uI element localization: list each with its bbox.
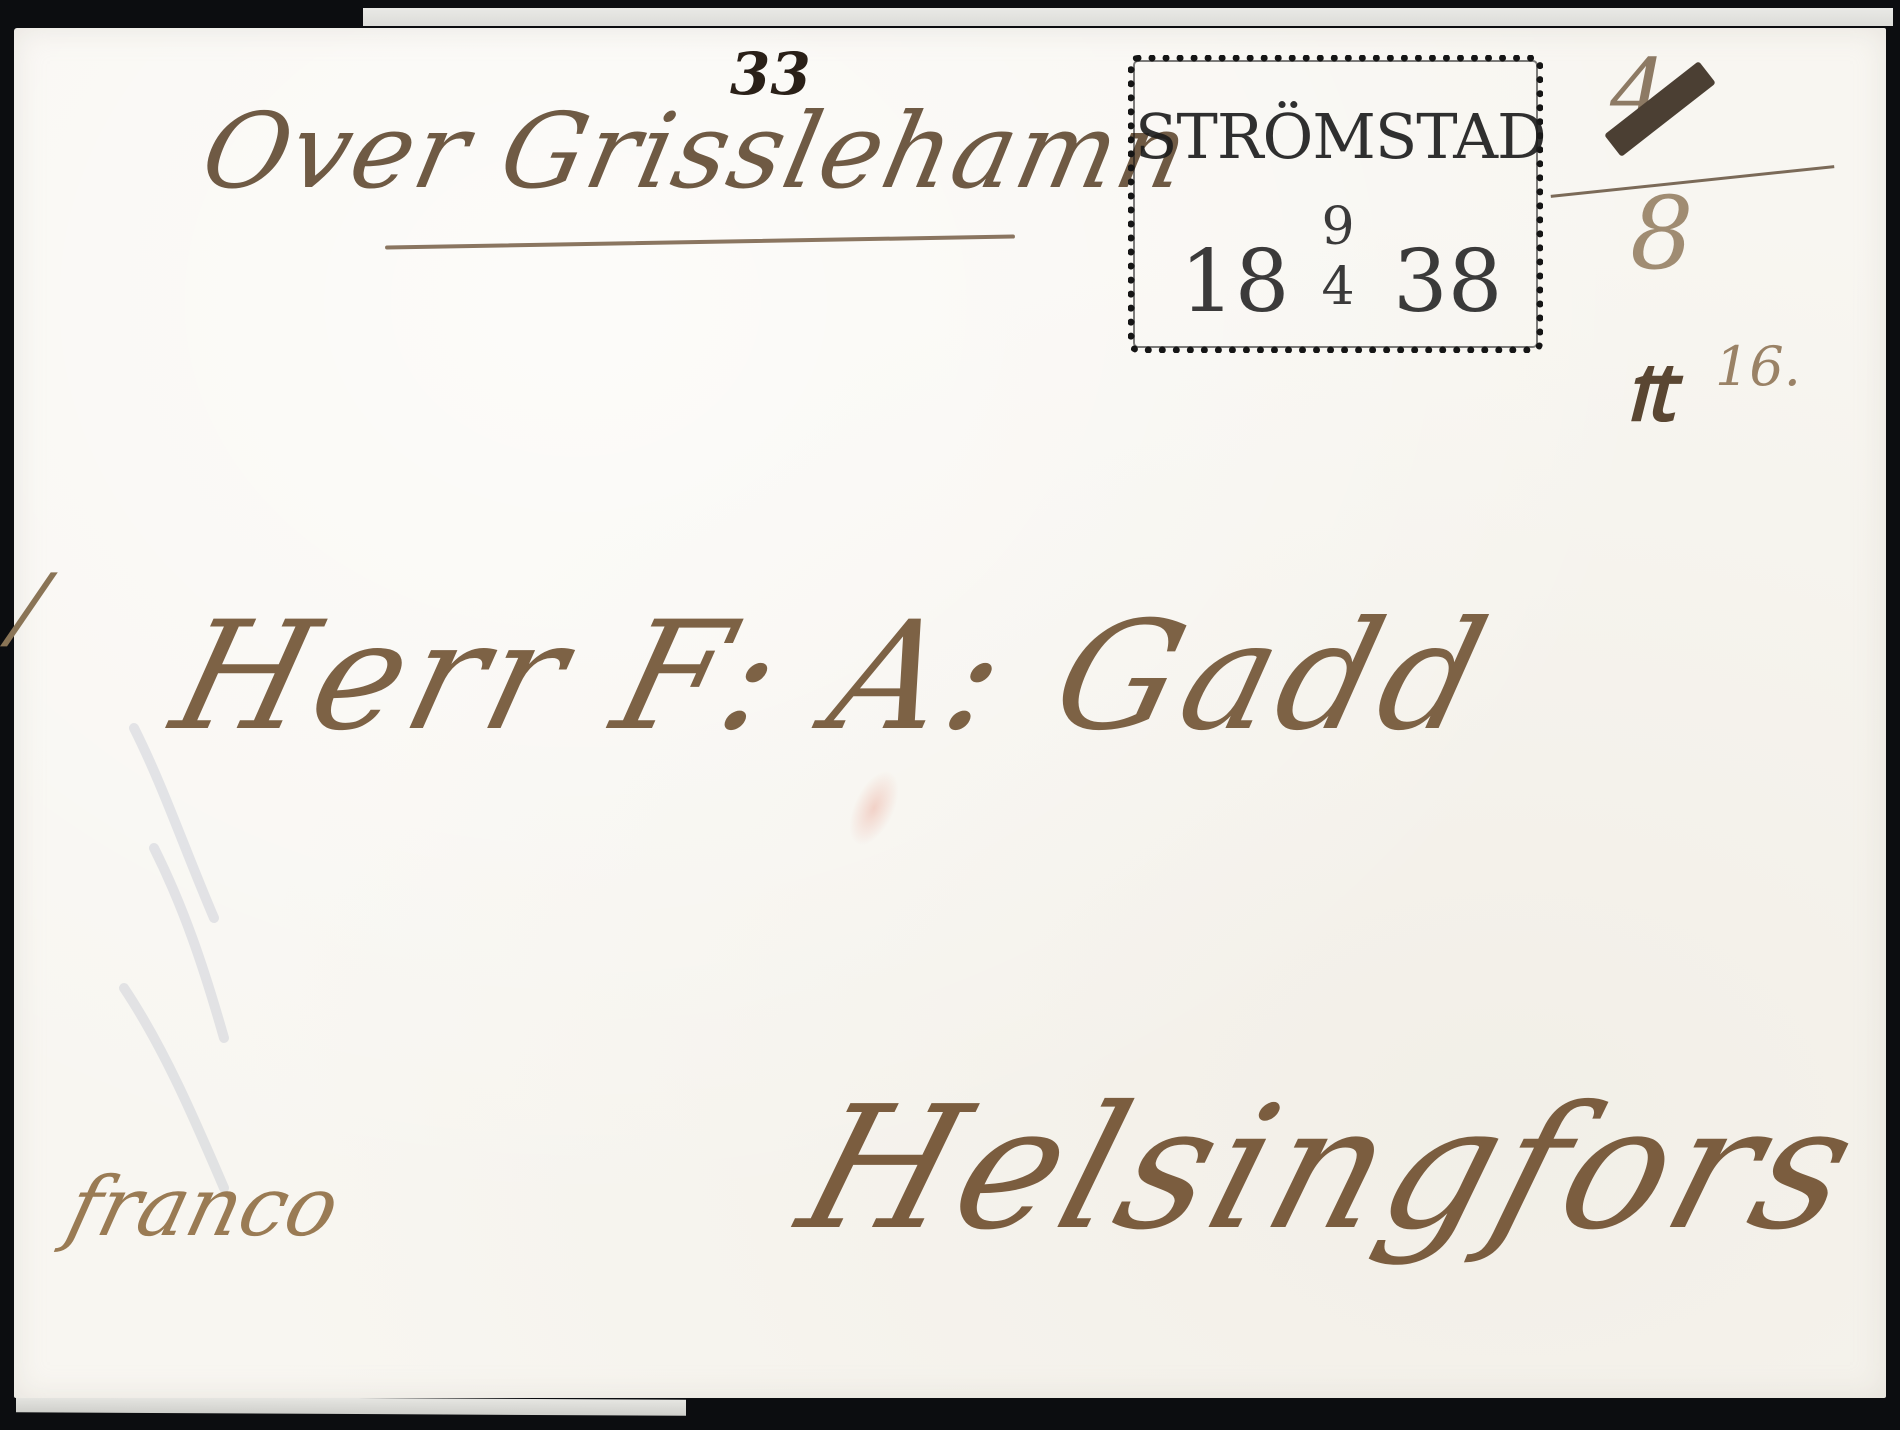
backing-sheet-top-edge	[363, 8, 1893, 26]
postmark-town: STRÖMSTAD	[1135, 100, 1536, 173]
postmark-month-bottom: 4	[1321, 257, 1354, 317]
addressee-name: Herr F: A: Gadd	[158, 590, 1507, 764]
rate-currency-symbol: ₶	[1625, 335, 1675, 444]
photo-stage: 33 Over Grisslehamn STRÖMSTAD 18 9 4 38 …	[0, 0, 1900, 1430]
rate-marking-middle: 8	[1630, 175, 1694, 292]
destination-city: Helsingfors	[782, 1070, 1880, 1268]
postmark-day: 18	[1180, 232, 1289, 332]
postmark-date: 18 9 4 38	[1135, 187, 1536, 337]
franco-endorsement: franco	[58, 1160, 348, 1255]
postmark-month-top: 9	[1321, 197, 1354, 257]
red-crayon-trace	[839, 763, 909, 852]
rate-marking-bottom: 16.	[1715, 335, 1801, 398]
routing-instruction: Over Grisslehamn	[192, 90, 1200, 212]
backing-sheet-bottom-edge	[16, 1396, 686, 1416]
postmark-box: STRÖMSTAD 18 9 4 38	[1128, 55, 1543, 353]
postmark-year: 38	[1393, 232, 1502, 332]
postmark-month: 9 4	[1313, 197, 1363, 317]
